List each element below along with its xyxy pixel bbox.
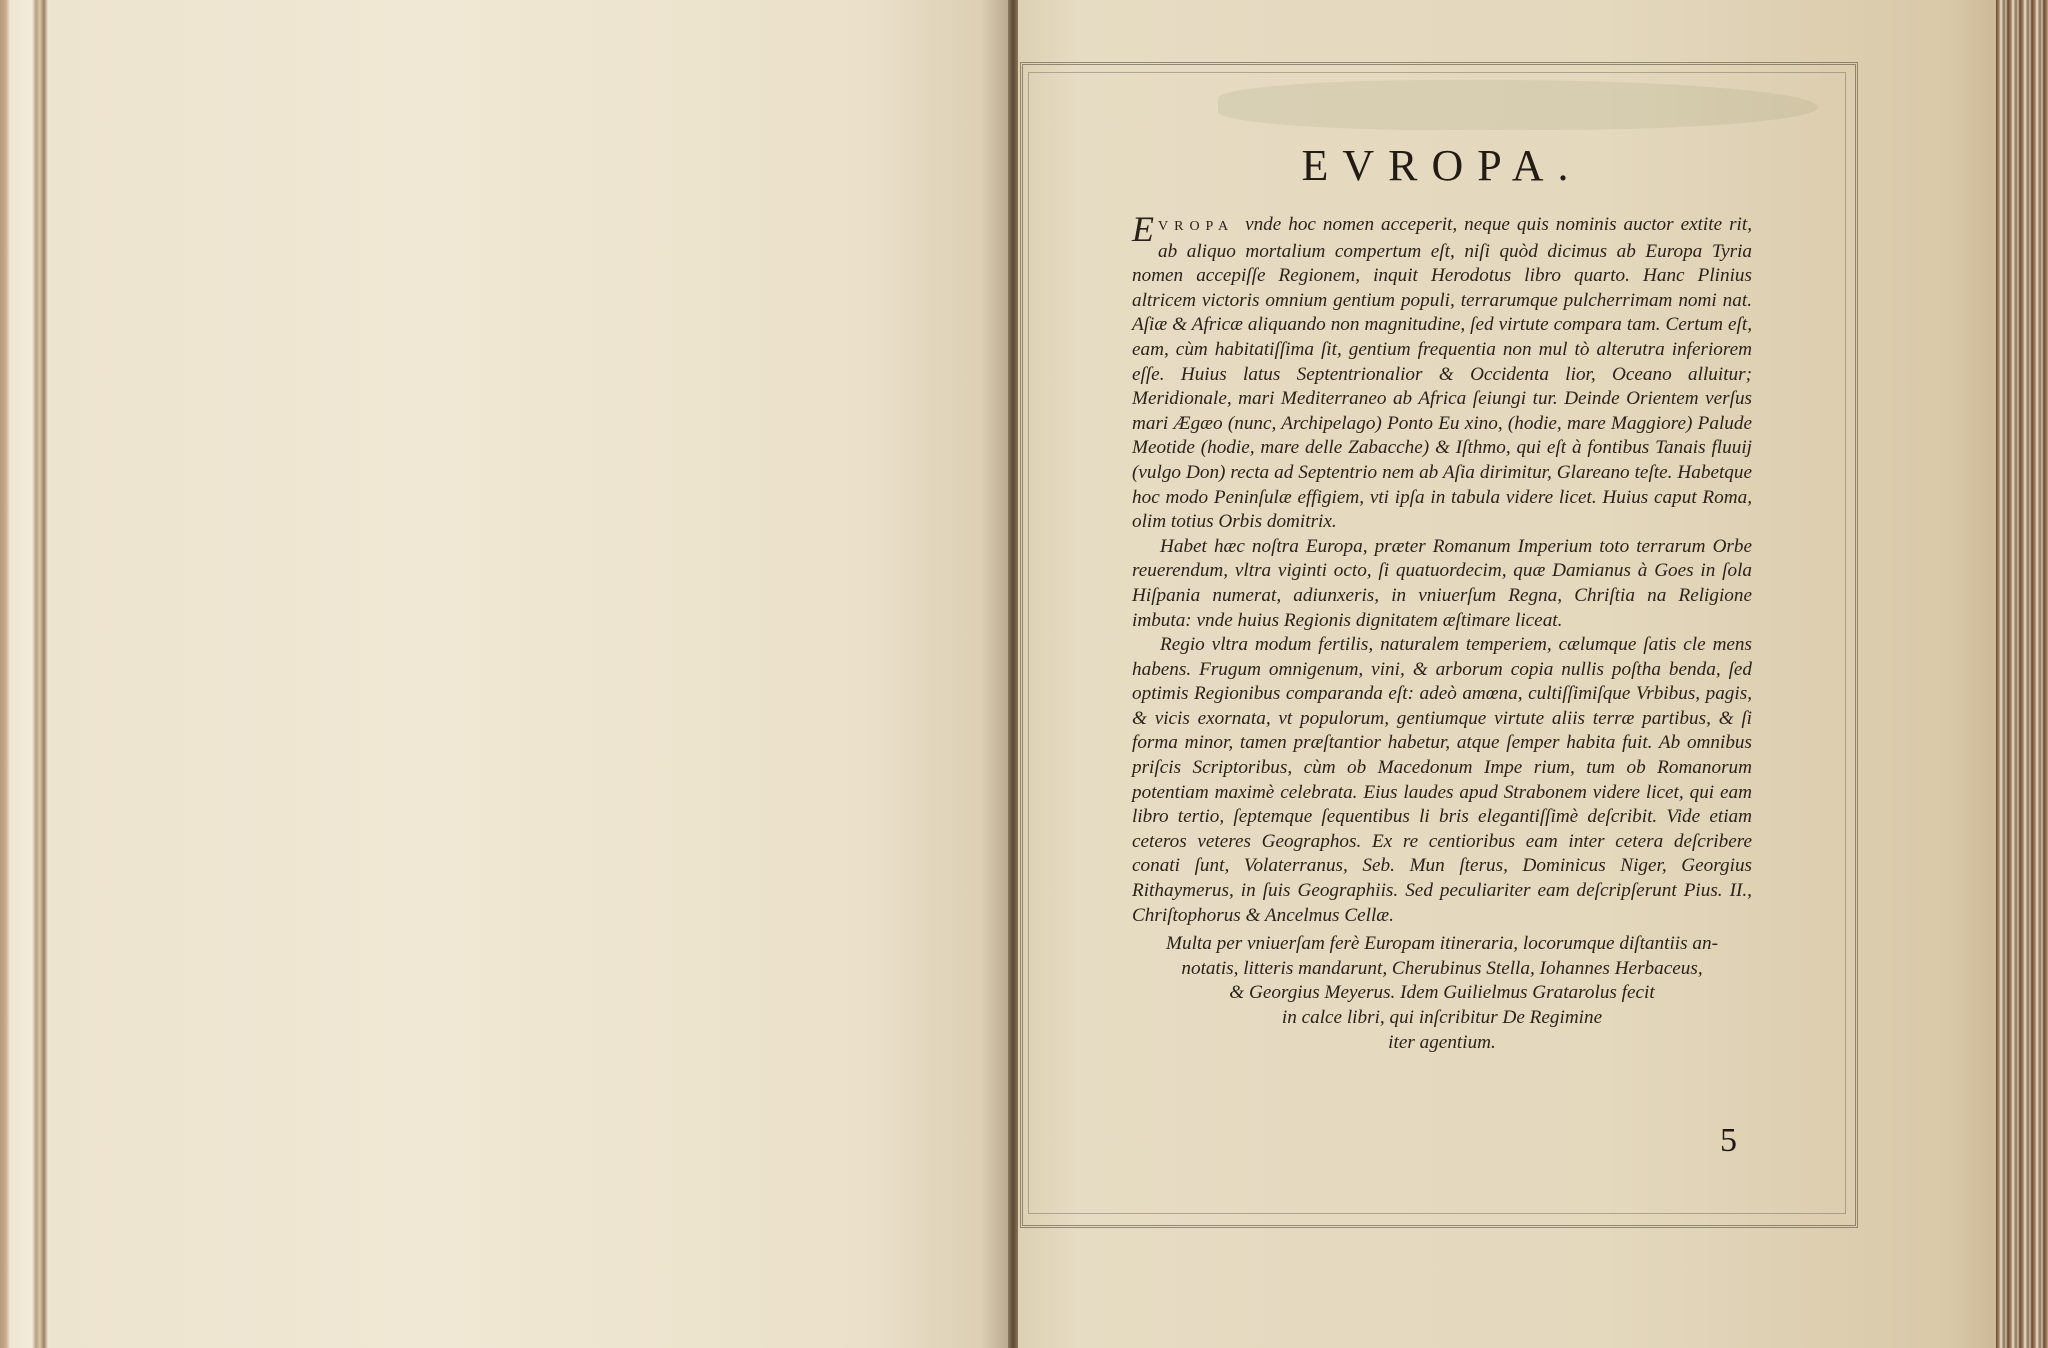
closing-line: iter agentium.: [1132, 1031, 1752, 1056]
paragraph-3: Regio vltra modum fertilis, naturalem te…: [1132, 633, 1752, 928]
right-page-stack-edge: [1996, 0, 2048, 1348]
drop-cap: E: [1132, 217, 1154, 241]
left-page-blank: [50, 0, 1010, 1348]
paragraph-2: Habet hæc noſtra Europa, præter Romanum …: [1132, 535, 1752, 633]
paragraph-1: E VROPA vnde hoc nomen acceperit, neque …: [1132, 213, 1752, 535]
lead-word: VROPA: [1158, 219, 1245, 234]
text-line: Orbis domitrix.: [1218, 511, 1336, 532]
closing-line: notatis, litteris mandarunt, Cherubinus …: [1132, 957, 1752, 982]
closing-paragraph: Multa per vniuerſam ferè Europam itinera…: [1132, 932, 1752, 1055]
page-number: 5: [1720, 1122, 1737, 1160]
text-line: altricem victoris omnium gentium populi,…: [1132, 290, 1717, 311]
left-page-stack-edge: [0, 0, 50, 1348]
text-line: Habet hæc noſtra Europa, præter Romanum …: [1160, 536, 1713, 557]
closing-line: & Georgius Meyerus. Idem Guilielmus Grat…: [1132, 981, 1752, 1006]
right-page-text: EVROPA. E VROPA vnde hoc nomen acceperit…: [1132, 140, 1752, 1055]
text-line: nomen accepiſſe Regionem, inquit Herodot…: [1132, 265, 1752, 286]
closing-line: Multa per vniuerſam ferè Europam itinera…: [1132, 932, 1752, 957]
open-book: EVROPA. E VROPA vnde hoc nomen acceperit…: [0, 0, 2048, 1348]
book-gutter: [1008, 0, 1018, 1348]
text-line: vnde hoc nomen acceperit, neque quis nom…: [1245, 214, 1722, 235]
page-title: EVROPA.: [1132, 140, 1752, 191]
text-line: Regio vltra modum fertilis, naturalem te…: [1160, 634, 1706, 655]
closing-line: in calce libri, qui inſcribitur De Regim…: [1132, 1006, 1752, 1031]
